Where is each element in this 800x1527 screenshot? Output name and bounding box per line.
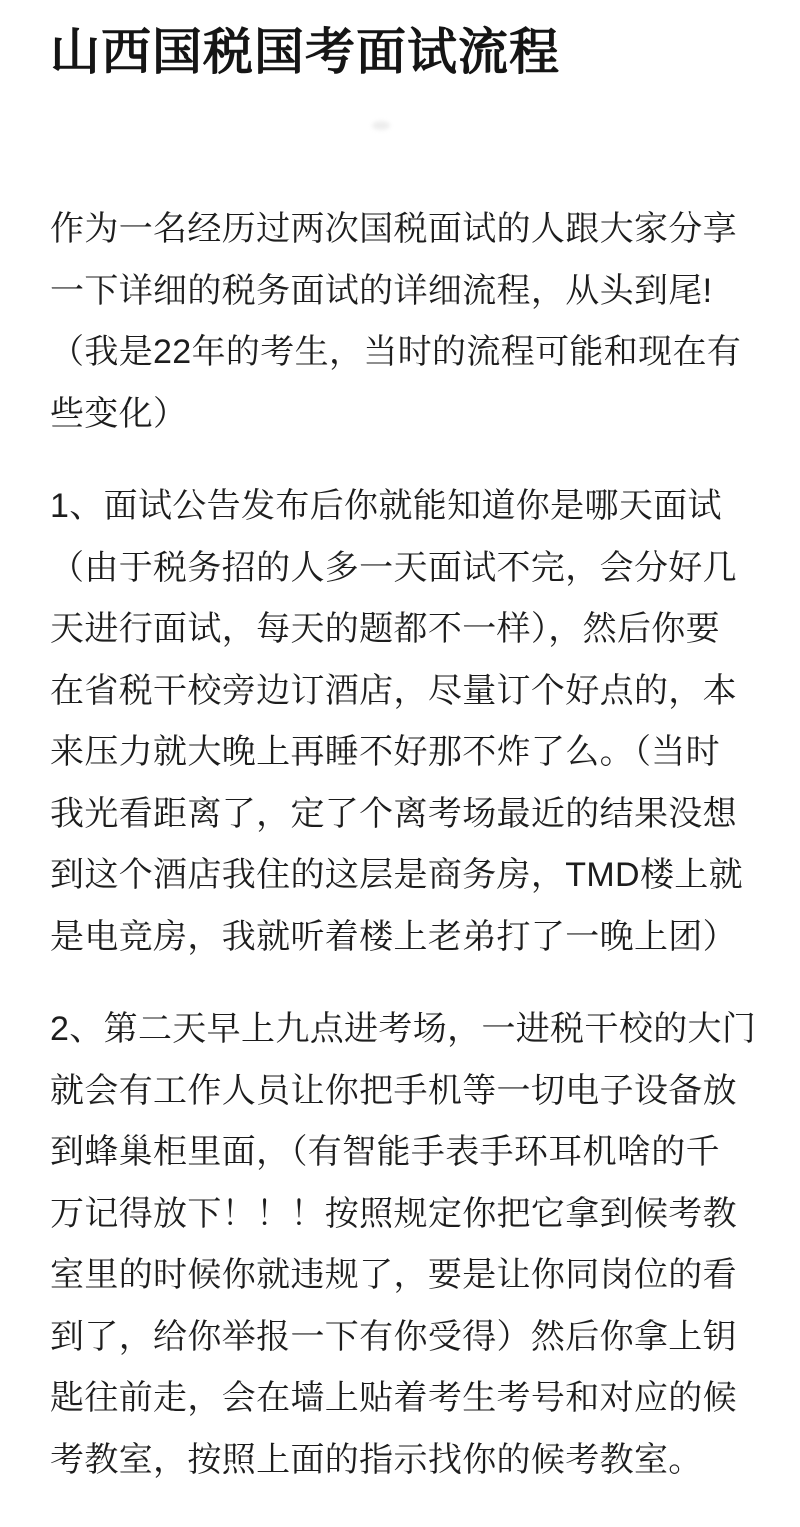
paragraph-intro: 作为一名经历过两次国税面试的人跟大家分享 一下详细的税务面试的详细流程，从头到尾… <box>50 199 748 445</box>
text-line: 2、第二天早上九点进考场，一进税干校的大门 <box>50 999 748 1061</box>
text-line: （由于税务招的人多一天面试不完，会分好几 <box>50 538 748 600</box>
text-line: 考教室，按照上面的指示找你的候考教室。 <box>50 1430 748 1492</box>
article-page: 山西国税国考面试流程 作为一名经历过两次国税面试的人跟大家分享 一下详细的税务面… <box>0 0 800 1527</box>
text-line: 些变化） <box>50 384 748 446</box>
page-title: 山西国税国考面试流程 <box>50 24 748 80</box>
article-body: 作为一名经历过两次国税面试的人跟大家分享 一下详细的税务面试的详细流程，从头到尾… <box>50 199 748 1491</box>
text-line: 1、面试公告发布后你就能知道你是哪天面试 <box>50 476 748 538</box>
paragraph-step-2: 2、第二天早上九点进考场，一进税干校的大门 就会有工作人员让你把手机等一切电子设… <box>50 999 748 1491</box>
text-line: 匙往前走，会在墙上贴着考生考号和对应的候 <box>50 1368 748 1430</box>
paragraph-step-1: 1、面试公告发布后你就能知道你是哪天面试 （由于税务招的人多一天面试不完，会分好… <box>50 476 748 968</box>
text-line: 到蜂巢柜里面，（有智能手表手环耳机啥的千 <box>50 1122 748 1184</box>
text-line: 就会有工作人员让你把手机等一切电子设备放 <box>50 1061 748 1123</box>
text-line: 作为一名经历过两次国税面试的人跟大家分享 <box>50 199 748 261</box>
text-line: 来压力就大晚上再睡不好那不炸了么。（当时 <box>50 722 748 784</box>
text-line: 万记得放下！！！按照规定你把它拿到候考教 <box>50 1184 748 1246</box>
text-line: 室里的时候你就违规了，要是让你同岗位的看 <box>50 1245 748 1307</box>
text-line: 到这个酒店我住的这层是商务房，TMD楼上就 <box>50 845 748 907</box>
text-line: 在省税干校旁边订酒店，尽量订个好点的，本 <box>50 661 748 723</box>
text-line: 是电竞房，我就听着楼上老弟打了一晚上团） <box>50 907 748 969</box>
text-line: （我是22年的考生，当时的流程可能和现在有 <box>50 322 748 384</box>
text-line: 我光看距离了，定了个离考场最近的结果没想 <box>50 784 748 846</box>
text-line: 天进行面试，每天的题都不一样），然后你要 <box>50 599 748 661</box>
text-line: 到了，给你举报一下有你受得）然后你拿上钥 <box>50 1307 748 1369</box>
text-line: 一下详细的税务面试的详细流程，从头到尾! <box>50 261 748 323</box>
scan-smudge-artifact <box>372 121 390 130</box>
